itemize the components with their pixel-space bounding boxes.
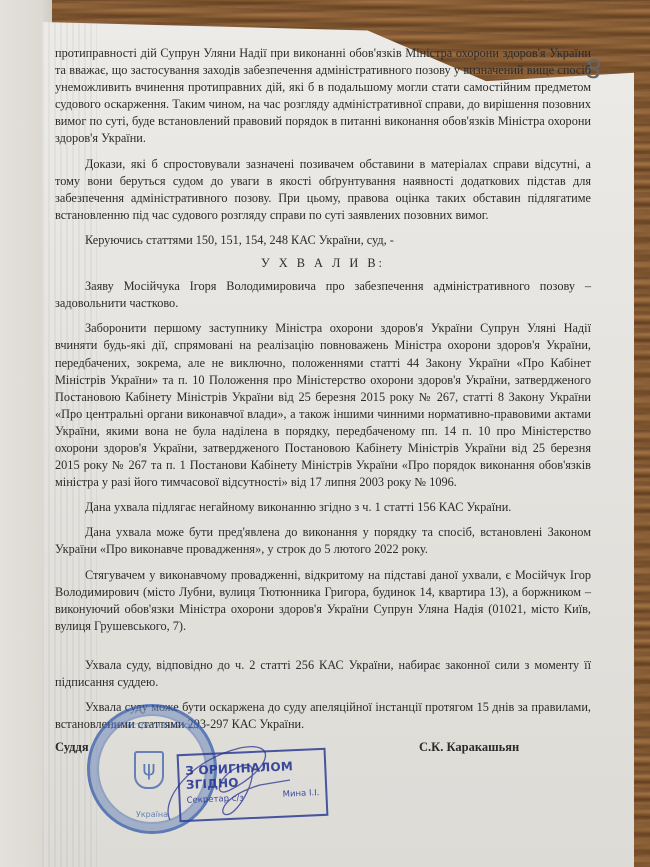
- ruling-item: Заборонити першому заступнику Міністра о…: [55, 320, 591, 491]
- document-body: протиправності дій Супрун Уляни Надії пр…: [55, 45, 591, 733]
- paragraph-evidence: Докази, які б спростовували зазначені по…: [55, 156, 591, 224]
- paragraph-continuation: протиправності дій Супрун Уляни Надії пр…: [55, 45, 591, 148]
- ruling-item: Заяву Мосійчука Ігоря Володимировича про…: [55, 278, 591, 312]
- ruling-item: Ухвала суду, відповідно до ч. 2 статті 2…: [55, 657, 591, 691]
- ruling-item: Дана ухвала підлягає негайному виконанню…: [55, 499, 591, 516]
- ruling-item: Дана ухвала може бути пред'явлена до вик…: [55, 524, 591, 558]
- ruling-heading: У Х В А Л И В:: [55, 255, 591, 272]
- paragraph-legal-basis: Керуючись статтями 150, 151, 154, 248 КА…: [55, 232, 591, 249]
- stamp-clerk-name: Мина І.І.: [282, 788, 319, 800]
- certified-copy-stamp: З ОРИГІНАЛОМ ЗГІДНО Секретар с/з Мина І.…: [177, 748, 329, 822]
- judge-label: Суддя: [55, 740, 89, 755]
- stamp-secretary: Секретар с/з: [186, 793, 244, 805]
- judge-name: С.К. Каракашьян: [419, 740, 519, 755]
- trident-emblem-icon: ψ: [134, 751, 164, 789]
- stamp-title: З ОРИГІНАЛОМ ЗГІДНО: [185, 758, 325, 792]
- ruling-item: Стягувачем у виконавчому провадженні, ві…: [55, 567, 591, 635]
- seal-top-text: адміністративний суд: [90, 721, 214, 730]
